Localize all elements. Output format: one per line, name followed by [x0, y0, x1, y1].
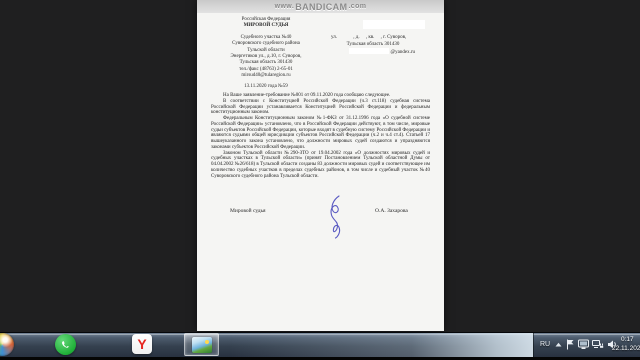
- network-icon[interactable]: [592, 339, 604, 350]
- recipient-block: ул. , д. , кв. , г. Суворов, Тульская об…: [331, 34, 427, 57]
- whatsapp-icon: [59, 338, 72, 351]
- taskbar-separator: [533, 333, 534, 357]
- letter-body: На Ваше заявление-требование №001 от 09.…: [211, 93, 430, 179]
- recipient-city: Тульская область 301430: [331, 41, 415, 48]
- recipient-address: ул. , д. , кв. , г. Суворов,: [331, 34, 427, 41]
- sender-line: МИРОВОЙ СУДЬЯ: [217, 23, 315, 29]
- recipient-email-suffix: @yandex.ru: [391, 50, 415, 55]
- taskbar-photo-viewer-button-active[interactable]: [184, 333, 219, 356]
- clock-date: 22.11.2020: [612, 345, 640, 354]
- bandicam-watermark: www. BANDICAM .com: [197, 0, 444, 13]
- language-indicator[interactable]: RU: [540, 341, 550, 348]
- watermark-prefix: www.: [275, 3, 295, 10]
- watermark-suffix: .com: [348, 3, 366, 10]
- taskbar-yandex-browser-button[interactable]: Y: [132, 334, 152, 354]
- recipient-email: @yandex.ru: [331, 48, 427, 56]
- redaction-box: [349, 48, 389, 54]
- taskbar-clock[interactable]: 0:17 22.11.2020: [612, 336, 640, 353]
- clock-time: 0:17: [612, 336, 640, 345]
- action-center-flag-icon[interactable]: [566, 339, 575, 350]
- photo-viewer-icon: [192, 337, 212, 353]
- yandex-browser-icon: Y: [137, 336, 146, 352]
- redaction-box: [363, 20, 425, 29]
- body-paragraph: Федеральным Конституционным законом №1-Ф…: [211, 116, 430, 151]
- document-date-number: 13.11.2020 года №59: [217, 84, 315, 90]
- sender-block: Российская Федерация МИРОВОЙ СУДЬЯ Судеб…: [217, 17, 315, 90]
- signature-name: О.А. Захарова: [375, 208, 408, 214]
- signature-role: Мировой судья: [230, 208, 266, 214]
- display-icon[interactable]: [578, 339, 589, 350]
- watermark-brand: BANDICAM: [295, 2, 347, 12]
- handwritten-signature: [324, 194, 350, 240]
- taskbar-whatsapp-button[interactable]: [55, 334, 76, 355]
- sender-line: mirsud40@tularegion.ru: [217, 73, 315, 79]
- taskbar-glass-highlight: [230, 333, 533, 357]
- body-paragraph: В соответствии с Конституцией Российской…: [211, 99, 430, 116]
- document-page: www. BANDICAM .com Российская Федерация …: [197, 0, 444, 331]
- hidden-icons-arrow-icon[interactable]: [555, 342, 562, 347]
- body-paragraph: Законом Тульской области №290-ЗТО от 19.…: [211, 151, 430, 180]
- system-tray: RU: [537, 332, 618, 357]
- screen: www. BANDICAM .com Российская Федерация …: [0, 0, 640, 360]
